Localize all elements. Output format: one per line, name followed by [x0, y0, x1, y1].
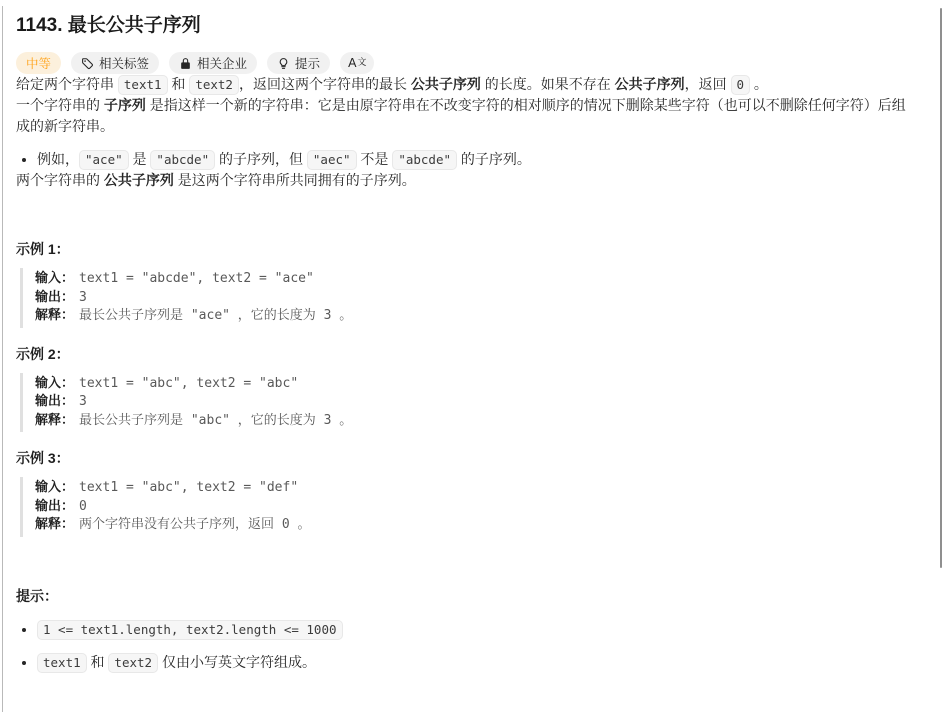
- hint-button[interactable]: 提示: [267, 52, 330, 74]
- example-2-explanation-value: 最长公共子序列是 "abc" ，它的长度为 3 。: [79, 413, 352, 428]
- badge-row: 中等 相关标签 相关企业: [16, 52, 917, 74]
- related-companies-label: 相关企业: [197, 54, 247, 72]
- explanation-label: 解释：: [35, 517, 74, 532]
- explanation-label: 解释：: [35, 413, 74, 428]
- example-2-section: 示例 2： 输入：text1 = "abc", text2 = "abc" 输出…: [16, 344, 917, 433]
- example-1-explanation-value: 最长公共子序列是 "ace" ，它的长度为 3 。: [79, 308, 352, 323]
- intro-paragraph-3: 两个字符串的 公共子序列 是这两个字符串所共同拥有的子序列。: [16, 170, 917, 191]
- example-3-output-line: 输出：0: [35, 498, 917, 517]
- example-1-explanation-line: 解释：最长公共子序列是 "ace" ，它的长度为 3 。: [35, 307, 917, 326]
- example-2-input-line: 输入：text1 = "abc", text2 = "abc": [35, 375, 917, 394]
- output-label: 输出：: [35, 394, 74, 409]
- constraint-item-1: 1 <= text1.length, text2.length <= 1000: [37, 618, 917, 640]
- example-3-heading: 示例 3：: [16, 448, 917, 468]
- problem-title: 1143. 最长公共子序列: [16, 14, 917, 38]
- related-tags-label: 相关标签: [99, 54, 149, 72]
- input-label: 输入：: [35, 480, 74, 495]
- related-companies-button[interactable]: 相关企业: [169, 52, 257, 74]
- related-tags-button[interactable]: 相关标签: [71, 52, 159, 74]
- list-item: 例如，"ace" 是 "abcde" 的子序列，但 "aec" 不是 "abcd…: [37, 149, 917, 170]
- panel-left-border: [2, 6, 3, 712]
- subsequence-example-list: 例如，"ace" 是 "abcde" 的子序列，但 "aec" 不是 "abcd…: [16, 149, 917, 170]
- example-3-block: 输入：text1 = "abc", text2 = "def" 输出：0 解释：…: [20, 477, 917, 537]
- explanation-label: 解释：: [35, 308, 74, 323]
- example-3-section: 示例 3： 输入：text1 = "abc", text2 = "def" 输出…: [16, 448, 917, 537]
- example-1-section: 示例 1： 输入：text1 = "abcde", text2 = "ace" …: [16, 239, 917, 328]
- example-1-input-value: text1 = "abcde", text2 = "ace": [79, 271, 314, 286]
- constraint-item-2: text1 和 text2 仅由小写英文字符组成。: [37, 651, 917, 673]
- translation-icon: A文: [348, 56, 366, 70]
- example-3-explanation-value: 两个字符串没有公共子序列，返回 0 。: [79, 517, 310, 532]
- tag-icon: [81, 57, 94, 70]
- example-3-input-value: text1 = "abc", text2 = "def": [79, 480, 298, 495]
- example-2-explanation-line: 解释：最长公共子序列是 "abc" ，它的长度为 3 。: [35, 412, 917, 431]
- example-1-block: 输入：text1 = "abcde", text2 = "ace" 输出：3 解…: [20, 268, 917, 328]
- example-1-output-value: 3: [79, 290, 87, 305]
- example-2-heading: 示例 2：: [16, 344, 917, 364]
- example-3-explanation-line: 解释：两个字符串没有公共子序列，返回 0 。: [35, 516, 917, 535]
- example-2-output-line: 输出：3: [35, 393, 917, 412]
- constraints-list: 1 <= text1.length, text2.length <= 1000 …: [16, 618, 917, 673]
- example-2-output-value: 3: [79, 394, 87, 409]
- lightbulb-icon: [277, 57, 290, 70]
- example-1-output-line: 输出：3: [35, 289, 917, 308]
- output-label: 输出：: [35, 290, 74, 305]
- input-label: 输入：: [35, 271, 74, 286]
- constraints-section: 提示： 1 <= text1.length, text2.length <= 1…: [16, 586, 917, 673]
- example-2-input-value: text1 = "abc", text2 = "abc": [79, 376, 298, 391]
- constraints-heading: 提示：: [16, 586, 917, 606]
- example-3-input-line: 输入：text1 = "abc", text2 = "def": [35, 479, 917, 498]
- example-2-block: 输入：text1 = "abc", text2 = "abc" 输出：3 解释：…: [20, 373, 917, 433]
- intro-paragraph-2: 一个字符串的 子序列 是指这样一个新的字符串：它是由原字符串在不改变字符的相对顺…: [16, 95, 917, 137]
- lock-icon: [179, 57, 192, 70]
- translation-toggle-button[interactable]: A文: [340, 52, 374, 74]
- example-1-input-line: 输入：text1 = "abcde", text2 = "ace": [35, 270, 917, 289]
- hint-label: 提示: [295, 54, 320, 72]
- output-label: 输出：: [35, 499, 74, 514]
- description-body: 给定两个字符串 text1 和 text2，返回这两个字符串的最长 公共子序列 …: [16, 74, 917, 191]
- example-3-output-value: 0: [79, 499, 87, 514]
- input-label: 输入：: [35, 376, 74, 391]
- difficulty-badge[interactable]: 中等: [16, 52, 61, 74]
- example-1-heading: 示例 1：: [16, 239, 917, 259]
- intro-paragraph-1: 给定两个字符串 text1 和 text2，返回这两个字符串的最长 公共子序列 …: [16, 74, 917, 95]
- vertical-scrollbar-thumb[interactable]: [940, 8, 942, 568]
- problem-description-panel: 1143. 最长公共子序列 中等 相关标签 相关企业: [0, 0, 943, 673]
